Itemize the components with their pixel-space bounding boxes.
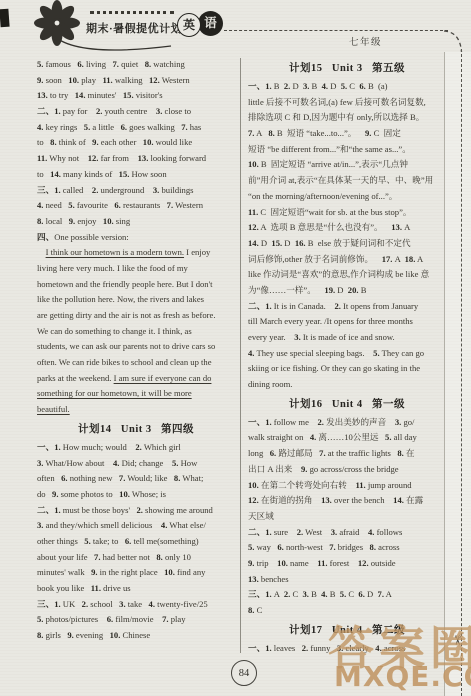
answer-line: are getting dirty and the air is not as … xyxy=(37,308,235,324)
answer-line: 11. C 固定短语“wait for sb. at the bus stop”… xyxy=(248,205,446,221)
answer-line: 为“像……一样”。 19. D 20. B xyxy=(248,283,446,299)
plan-heading: 计划15 Unit 3 第五级 xyxy=(248,59,446,78)
answer-line: 出口 A 出来 9. go across/cross the bridge xyxy=(248,462,446,478)
answer-line: 9. soon 10. play 11. walking 12. Western xyxy=(37,73,235,89)
answer-line: 11. Why not 12. far from 13. looking for… xyxy=(37,151,235,167)
answer-line: 10. B 固定短语 “arrive at/in...”,表示“几点钟 xyxy=(248,157,446,173)
left-column: 5. famous 6. living 7. quiet 8. watching… xyxy=(37,57,235,644)
answer-line: often 6. nothing new 7. Would; like 8. W… xyxy=(37,471,235,487)
page-number-badge: 84 xyxy=(231,660,257,686)
answer-line: do 9. some photos to 10. Whose; is xyxy=(37,487,235,503)
answer-line: 短语 “be different from...”和“the same as..… xyxy=(248,142,446,158)
answer-line: 13. to try 14. minutes' 15. visitor's xyxy=(37,88,235,104)
answer-line: We can do something to change it. I thin… xyxy=(37,324,235,340)
answer-line: 3. and they/which smell delicious 4. Wha… xyxy=(37,518,235,534)
answer-line: 9. trip 10. name 11. forest 12. outside xyxy=(248,556,446,572)
answer-line: 三、1. called 2. underground 3. buildings xyxy=(37,183,235,199)
answer-line: 8. local 9. enjoy 10. sing xyxy=(37,214,235,230)
answer-line: hometown and the friendly people here. B… xyxy=(37,277,235,293)
answer-line: 4. need 5. favourite 6. restaurants 7. W… xyxy=(37,198,235,214)
answer-line: 5. famous 6. living 7. quiet 8. watching xyxy=(37,57,235,73)
answer-line: 二、1. pay for 2. youth centre 3. close to xyxy=(37,104,235,120)
answer-line: 13. benches xyxy=(248,572,446,588)
answer-line: 12. 在街道的拐角 13. over the bench 14. 在露 xyxy=(248,493,446,509)
answer-line: 5. way 6. north-west 7. bridges 8. acros… xyxy=(248,540,446,556)
answer-line: 8. girls 9. evening 10. Chinese xyxy=(37,628,235,644)
grade-label: 七年级 xyxy=(349,34,382,48)
answer-line: 3. What/How about 4. Did; change 5. How xyxy=(37,456,235,472)
bead-line-decoration xyxy=(90,11,174,14)
answer-line: 二、1. It is in Canada. 2. It opens from J… xyxy=(248,299,446,315)
answer-line: minutes' walk 9. in the right place 10. … xyxy=(37,565,235,581)
answer-line: something for our hometown, it will be m… xyxy=(37,386,235,402)
answer-line: like the pollution here. Now, the rivers… xyxy=(37,292,235,308)
answer-line: often. We can ride bikes to school and c… xyxy=(37,355,235,371)
dashed-corner-curve xyxy=(444,24,471,54)
answer-line: students, we can ask our parents not to … xyxy=(37,339,235,355)
column-divider xyxy=(240,58,241,653)
answer-line: till March every year. /It opens for thr… xyxy=(248,314,446,330)
answer-line: 词后修饰,other 放于名词前修饰。 17. A 18. A xyxy=(248,252,446,268)
plan-heading: 计划16 Unit 4 第一级 xyxy=(248,395,446,414)
plan-heading: 计划14 Unit 3 第四级 xyxy=(37,420,235,439)
answer-line: long 6. 路过邮局 7. at the traffic lights 8.… xyxy=(248,446,446,462)
answer-line: about your life 7. had better not 8. onl… xyxy=(37,550,235,566)
answer-line: book you like 11. drive us xyxy=(37,581,235,597)
answer-line: to 14. many kinds of 15. How soon xyxy=(37,167,235,183)
answer-line: 7. A 8. B 短语 “take...to...”。 9. C 固定 xyxy=(248,126,446,142)
answer-line: skiing or ice fishing. Or they can go sk… xyxy=(248,361,446,377)
right-column: 计划15 Unit 3 第五级一、1. B 2. D 3. B 4. D 5. … xyxy=(248,57,446,656)
answer-line: little 后接不可数名词,(a) few 后接可数名词复数, xyxy=(248,95,446,111)
answer-line: walk straight on 4. 离……10公里远 5. all day xyxy=(248,430,446,446)
answer-line: every year. 3. It is made of ice and sno… xyxy=(248,330,446,346)
header-dashed-line xyxy=(224,30,448,31)
answer-line: parks at the weekend. I am sure if every… xyxy=(37,371,235,387)
answer-line: 四、One possible version: xyxy=(37,230,235,246)
answer-line: like 作动词是“喜欢”的意思,作介词构成 be like 意 xyxy=(248,267,446,283)
answer-line: 三、1. UK 2. school 3. take 4. twenty-five… xyxy=(37,597,235,613)
answer-line: 10. 在第二个转弯处向右转 11. jump around xyxy=(248,478,446,494)
subject-badge-en: 英 xyxy=(177,13,201,37)
scan-corner-mark xyxy=(0,9,10,28)
answer-line: 二、1. sure 2. West 3. afraid 4. follows xyxy=(248,525,446,541)
answer-line: 二、1. must be those boys' 2. showing me a… xyxy=(37,503,235,519)
subject-badge-yu: 语 xyxy=(198,11,223,36)
answer-line: 14. D 15. D 16. B else 放于疑问词和不定代 xyxy=(248,236,446,252)
watermark-site: MXQE.COM xyxy=(334,660,471,693)
cut-line xyxy=(461,49,462,696)
answer-line: beautiful. xyxy=(37,402,235,418)
answer-line: 一、1. How much; would 2. Which girl xyxy=(37,440,235,456)
answer-line: 前”用介词 at,表示“在具体某一天的早、中、晚”用 xyxy=(248,173,446,189)
answer-line: “on the morning/afternoon/evening of...”… xyxy=(248,189,446,205)
answer-line: 一、1. follow me 2. 发出美妙的声音 3. go/ xyxy=(248,415,446,431)
page-edge-strip xyxy=(445,52,471,696)
answer-line: 5. photos/pictures 6. film/movie 7. play xyxy=(37,612,235,628)
workbook-answer-page: 期末·暑假提优计划 英 语 七年级 ✂ 5. famous 6. living … xyxy=(0,0,471,696)
answer-line: 12. A 选项 B 意思是“什么也没有”。 13. A xyxy=(248,220,446,236)
answer-line: dining room. xyxy=(248,377,446,393)
answer-line: 三、1. A 2. C 3. B 4. B 5. C 6. D 7. A xyxy=(248,587,446,603)
answer-line: 一、1. B 2. D 3. B 4. D 5. C 6. B (a) xyxy=(248,79,446,95)
answer-line: 排除选项 C 和 D,因为题中有 only,所以选择 B。 xyxy=(248,110,446,126)
answer-line: other things 5. take; to 6. tell me(some… xyxy=(37,534,235,550)
answer-line: 天区域 xyxy=(248,509,446,525)
series-title: 期末·暑假提优计划 xyxy=(86,20,182,36)
answer-line: 4. key rings 5. a little 6. goes walking… xyxy=(37,120,235,136)
answer-line: 4. They use special sleeping bags. 5. Th… xyxy=(248,346,446,362)
answer-line: I think our hometown is a modern town. I… xyxy=(37,245,235,261)
answer-line: to 8. think of 9. each other 10. would l… xyxy=(37,135,235,151)
answer-line: living here very much. I like the food o… xyxy=(37,261,235,277)
